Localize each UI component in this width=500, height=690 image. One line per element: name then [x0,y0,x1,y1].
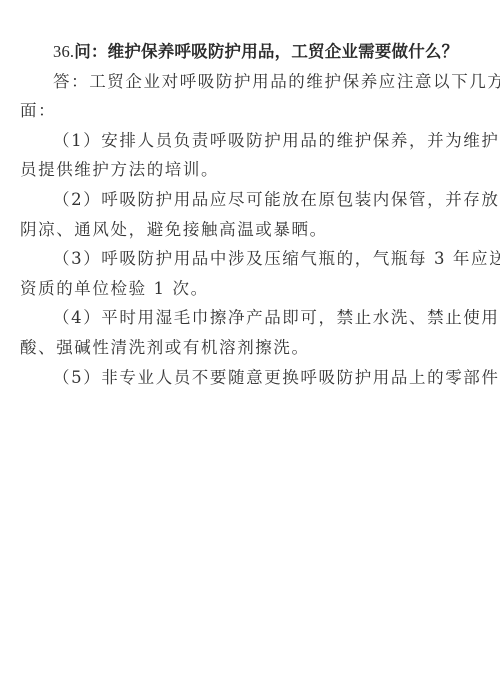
document-page: 36.问：维护保养呼吸防护用品，工贸企业需要做什么？ 答：工贸企业对呼吸防护用品… [20,37,474,392]
answer-item-1: （1）安排人员负责呼吸防护用品的维护保养，并为维护人 员提供维护方法的培训。 [20,126,474,185]
answer-item-4: （4）平时用湿毛巾擦净产品即可，禁止水洗、禁止使用强 酸、强碱性清洗剂或有机溶剂… [20,303,474,362]
answer-item-line: （5）非专业人员不要随意更换呼吸防护用品上的零部件。 [20,363,474,393]
question-heading: 36.问：维护保养呼吸防护用品，工贸企业需要做什么？ [20,37,474,67]
answer-intro-line2: 面： [20,96,474,126]
answer-item-line: （3）呼吸防护用品中涉及压缩气瓶的，气瓶每 3 年应送有 [20,244,474,274]
answer-item-line: （4）平时用湿毛巾擦净产品即可，禁止水洗、禁止使用强 [20,303,474,333]
answer-item-line: 员提供维护方法的培训。 [20,155,474,185]
answer-item-line: 阴凉、通风处，避免接触高温或暴晒。 [20,215,474,245]
answer-item-line: 酸、强碱性清洗剂或有机溶剂擦洗。 [20,333,474,363]
question-text: 问：维护保养呼吸防护用品，工贸企业需要做什么？ [74,42,458,61]
answer-item-line: （1）安排人员负责呼吸防护用品的维护保养，并为维护人 [20,126,474,156]
question-number: 36. [53,42,74,61]
answer-item-3: （3）呼吸防护用品中涉及压缩气瓶的，气瓶每 3 年应送有 资质的单位检验 1 次… [20,244,474,303]
answer-item-line: （2）呼吸防护用品应尽可能放在原包装内保管，并存放在 [20,185,474,215]
answer-item-line: 资质的单位检验 1 次。 [20,274,474,304]
answer-intro-line1: 答：工贸企业对呼吸防护用品的维护保养应注意以下几方 [20,67,474,97]
answer-item-2: （2）呼吸防护用品应尽可能放在原包装内保管，并存放在 阴凉、通风处，避免接触高温… [20,185,474,244]
answer-item-5: （5）非专业人员不要随意更换呼吸防护用品上的零部件。 [20,363,474,393]
